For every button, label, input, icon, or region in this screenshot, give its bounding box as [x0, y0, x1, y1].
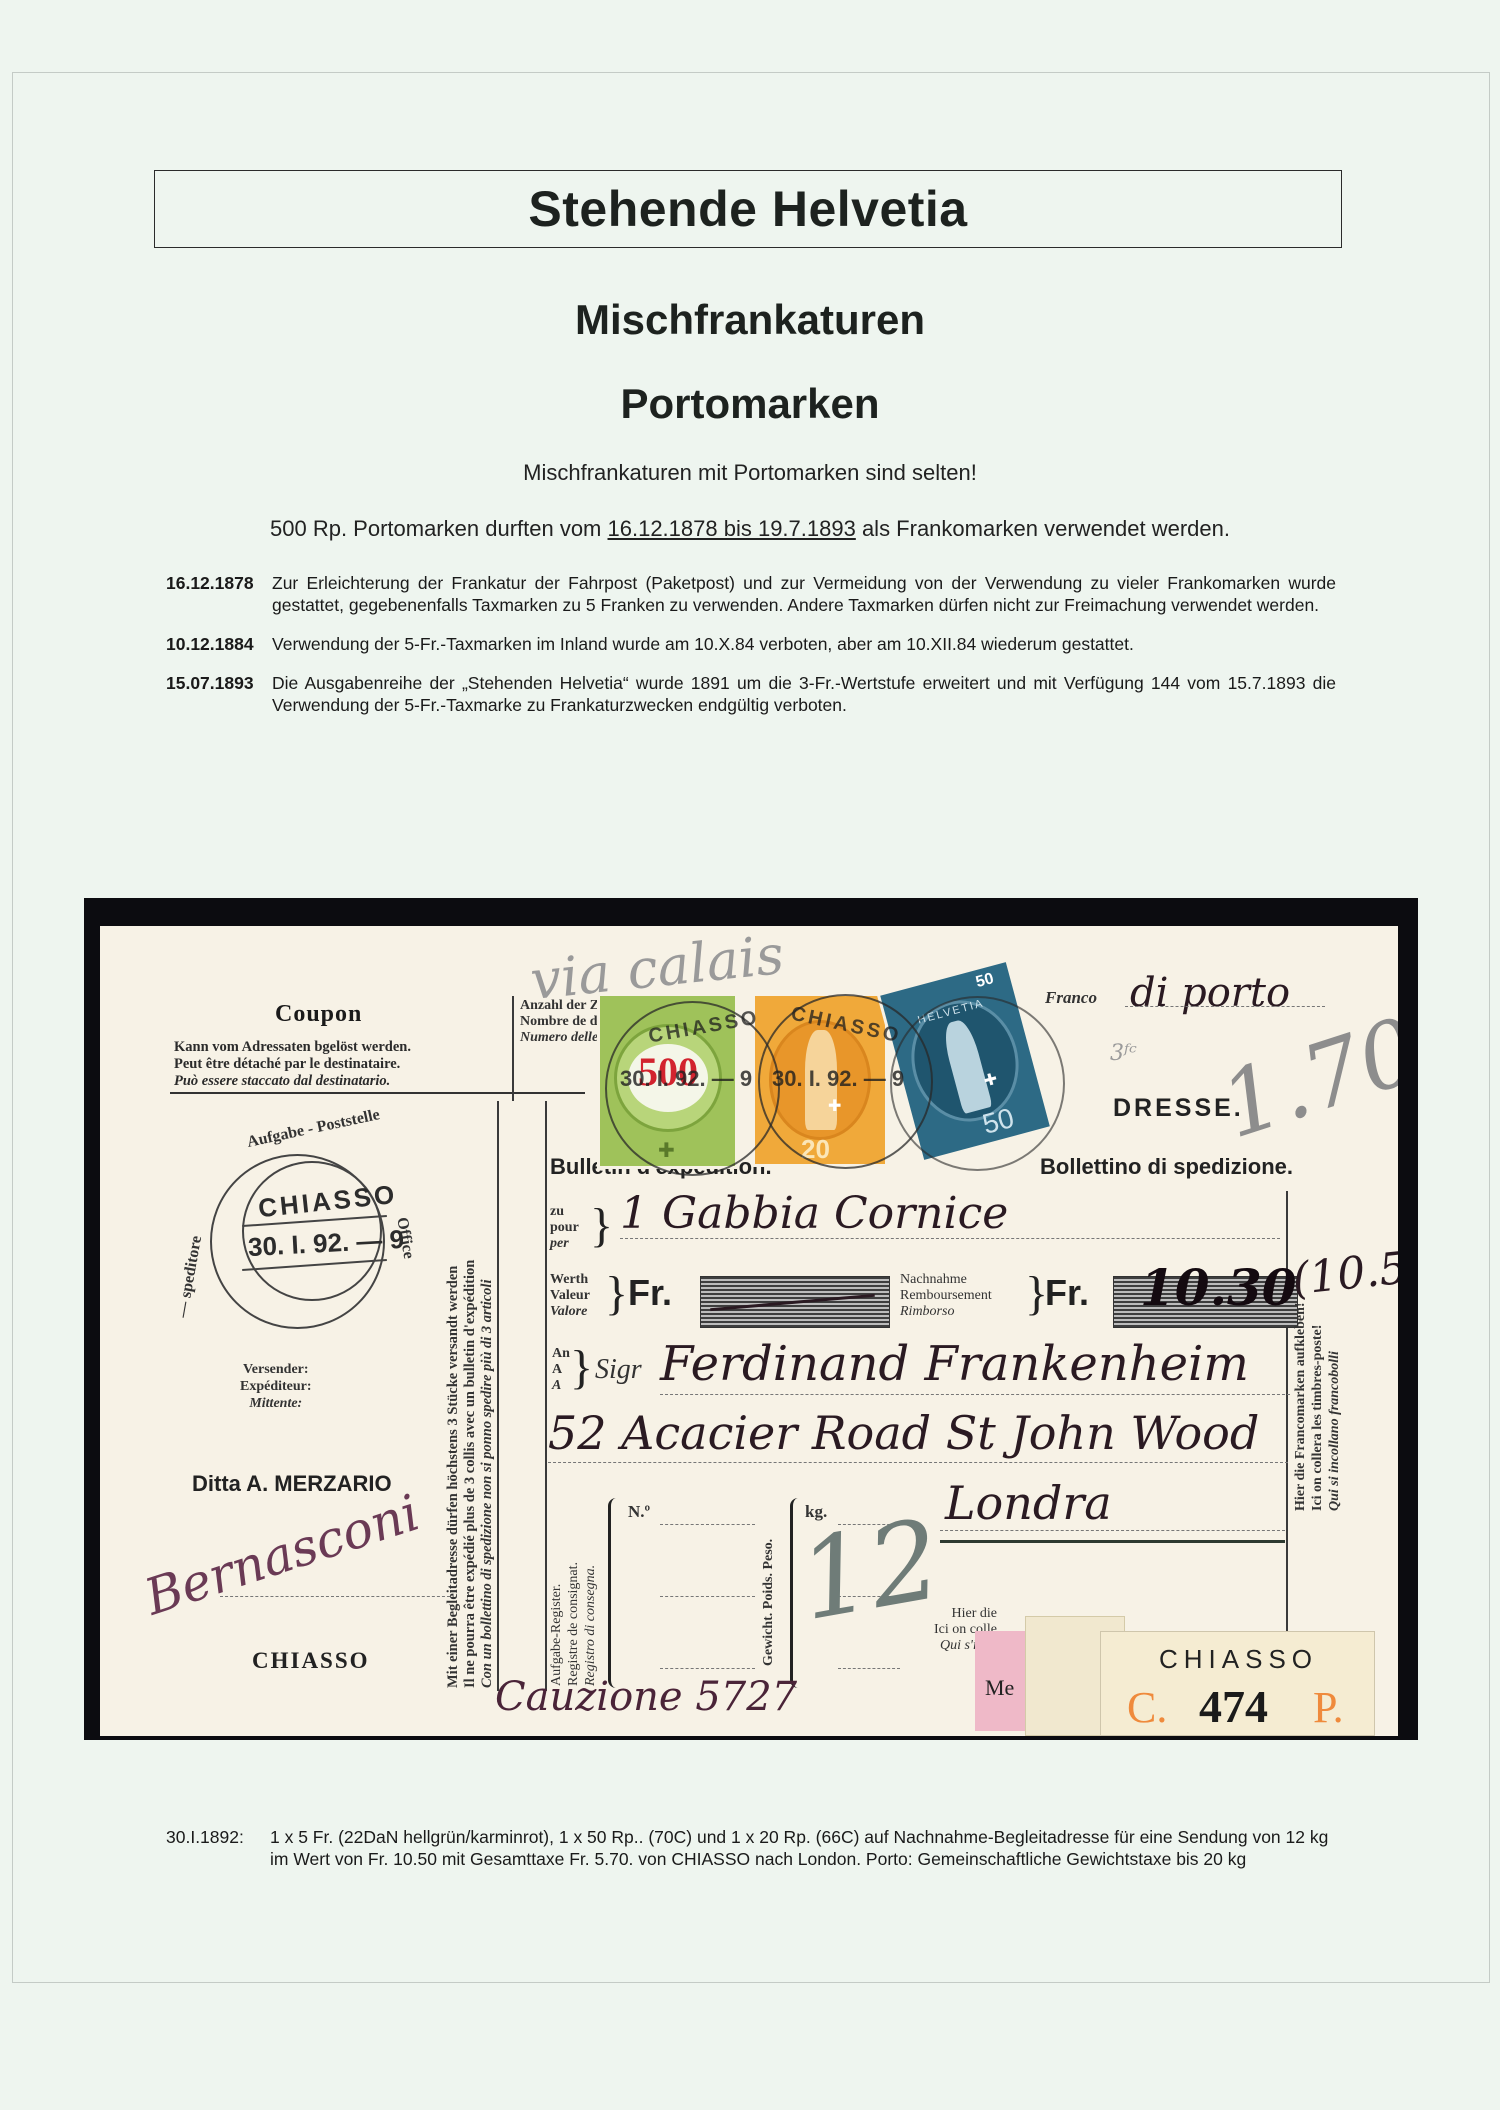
coupon-instructions: Kann vom Adressaten bgelöst werden. Peut…: [174, 1039, 411, 1090]
kg-line: [838, 1668, 900, 1669]
street-line: [548, 1462, 1288, 1463]
registration-label: CHIASSO C. 474 P.: [1100, 1631, 1375, 1736]
label-zu: zu: [550, 1204, 579, 1220]
document-mount: via calais Coupon Kann vom Adressaten bg…: [84, 898, 1418, 1740]
label-a-it: A: [552, 1378, 570, 1394]
register-label-it: Registro di consegna.: [582, 1562, 599, 1686]
brace-icon: }: [605, 1266, 628, 1321]
caption-text: 1 x 5 Fr. (22DaN hellgrün/karminrot), 1 …: [270, 1826, 1346, 1870]
notice-line-fr: Il ne pourra être expédié plus de 3 coll…: [462, 1260, 479, 1688]
reg-label-town: CHIASSO: [1101, 1644, 1376, 1675]
right-notice-it: Qui si incollano francobolli: [1326, 1302, 1343, 1511]
vertical-notice: Mit einer Begleitadresse dürfen höchsten…: [445, 1260, 496, 1688]
register-label-fr: Registre de consignat.: [565, 1562, 582, 1686]
note-date: 16.12.1878: [166, 572, 272, 616]
fr-label-value: Fr.: [628, 1272, 672, 1314]
lead-text-post: als Frankomarken verwendet werden.: [856, 516, 1230, 541]
value-labels: Werth Valeur Valore: [550, 1272, 590, 1320]
pencil-note: 3ᶠᶜ: [1110, 1041, 1137, 1066]
note-text: Die Ausgabenreihe der „Stehenden Helveti…: [272, 672, 1336, 716]
reg-label-number: 474: [1199, 1680, 1268, 1733]
divider-line: [512, 996, 514, 1101]
recipient-city: Londra: [945, 1476, 1112, 1530]
heading-it: Bollettino di spedizione.: [1040, 1154, 1293, 1180]
reg-label-suffix: P.: [1313, 1682, 1344, 1733]
sender-town: CHIASSO: [252, 1648, 370, 1674]
pink-label-text: Me: [985, 1675, 1014, 1701]
coupon-divider: [170, 1092, 585, 1094]
notice-line-it: Con un bollettino di spedizione non si p…: [479, 1260, 496, 1688]
sender-label-de: Versender:: [240, 1361, 312, 1378]
note-item: 15.07.1893 Die Ausgabenreihe der „Stehen…: [166, 672, 1336, 716]
sender-signature: Bernasconi: [138, 1484, 426, 1627]
coupon-line-de: Kann vom Adressaten bgelöst werden.: [174, 1039, 411, 1056]
right-vertical-notice: Hier die Francomarken aufkleben! Ici on …: [1292, 1302, 1343, 1511]
right-notice-de: Hier die Francomarken aufkleben!: [1292, 1302, 1309, 1511]
note-text: Zur Erleichterung der Frankatur der Fahr…: [272, 572, 1336, 616]
franco-line: [1125, 1006, 1325, 1007]
parcel-dispatch-form: via calais Coupon Kann vom Adressaten bg…: [100, 926, 1398, 1736]
content-description: 1 Gabbia Cornice: [620, 1188, 1008, 1239]
coupon-line-it: Può essere staccato dal destinatario.: [174, 1073, 411, 1090]
caption: 30.I.1892: 1 x 5 Fr. (22DaN hellgrün/kar…: [166, 1826, 1346, 1870]
pencil-amount: 1.70: [1209, 998, 1398, 1160]
signature-line: [220, 1596, 450, 1597]
lead-rarity: Mischfrankaturen mit Portomarken sind se…: [0, 460, 1500, 486]
right-notice-fr: Ici on collera les timbres-poste!: [1309, 1302, 1326, 1511]
label-remboursement: Remboursement: [900, 1288, 992, 1304]
city-underline: [940, 1540, 1285, 1543]
label-per: per: [550, 1236, 579, 1252]
label-pour: pour: [550, 1220, 579, 1236]
label-a-fr: A: [552, 1362, 570, 1378]
lead-usage-period: 500 Rp. Portomarken durften vom 16.12.18…: [0, 516, 1500, 542]
cod-amount-corrected: (10.50): [1290, 1238, 1398, 1305]
brace-icon: }: [570, 1340, 593, 1395]
page-title: Stehende Helvetia: [528, 180, 967, 238]
content-line: [620, 1238, 1280, 1239]
postmark-arc-left: — speditore: [174, 1234, 206, 1319]
subtitle-portomarken: Portomarken: [0, 380, 1500, 428]
cancel-date: 30. I. 92. — 9: [772, 1066, 904, 1092]
fr-label-cod: Fr.: [1045, 1272, 1089, 1314]
content-labels: zu pour per: [550, 1204, 579, 1252]
note-item: 16.12.1878 Zur Erleichterung der Frankat…: [166, 572, 1336, 616]
label-nachnahme: Nachnahme: [900, 1272, 992, 1288]
cancel-date: 30. I. 92. — 9: [620, 1066, 752, 1092]
franco-value: di porto: [1130, 970, 1290, 1016]
label-werth: Werth: [550, 1272, 590, 1288]
label-rimborso: Rimborso: [900, 1304, 992, 1320]
note-item: 10.12.1884 Verwendung der 5-Fr.-Taxmarke…: [166, 633, 1336, 655]
register-label-de: Aufgabe-Register.: [548, 1562, 565, 1686]
no-line: [660, 1524, 755, 1525]
note-date: 10.12.1884: [166, 633, 272, 655]
cauzione-note: Cauzione 5727: [495, 1674, 797, 1720]
notice-line-de: Mit einer Begleitadresse dürfen höchsten…: [445, 1260, 462, 1688]
cod-labels: Nachnahme Remboursement Rimborso: [900, 1272, 992, 1320]
no-line: [660, 1596, 755, 1597]
brace-icon: [608, 1498, 616, 1688]
recipient-line: [660, 1394, 1290, 1395]
recipient-name: Ferdinand Frankenheim: [660, 1336, 1249, 1392]
page-title-box: Stehende Helvetia: [154, 170, 1342, 248]
coupon-title: Coupon: [275, 1001, 362, 1028]
note-date: 15.07.1893: [166, 672, 272, 716]
weight-labels: Gewicht. Poids. Peso.: [760, 1539, 777, 1666]
sender-postmark: Aufgabe - Poststelle — speditore Office …: [180, 1116, 430, 1366]
divider-line: [497, 1101, 499, 1691]
caption-date: 30.I.1892:: [166, 1826, 270, 1870]
sender-labels: Versender: Expéditeur: Mittente:: [240, 1361, 312, 1412]
franco-label: Franco: [1045, 988, 1097, 1008]
sender-label-it: Mittente:: [240, 1395, 312, 1412]
reg-label-prefix: C.: [1127, 1682, 1167, 1733]
brace-icon: }: [590, 1198, 613, 1253]
label-valeur: Valeur: [550, 1288, 590, 1304]
label-an: An: [552, 1346, 570, 1362]
divider-line: [545, 1101, 547, 1691]
postmark-arc-top: Aufgabe - Poststelle: [246, 1106, 382, 1152]
instruction-de: Hier die: [915, 1606, 997, 1622]
coupon-line-fr: Peut être détaché par le destinataire.: [174, 1056, 411, 1073]
history-notes: 16.12.1878 Zur Erleichterung der Frankat…: [166, 572, 1336, 733]
label-valore: Valore: [550, 1304, 590, 1320]
recipient-labels: An A A: [552, 1346, 570, 1394]
recipient-street: 52 Acacier Road St John Wood: [548, 1406, 1259, 1460]
sender-label-fr: Expéditeur:: [240, 1378, 312, 1395]
city-line: [940, 1530, 1285, 1531]
heading-de: DRESSE.: [1113, 1094, 1244, 1123]
lead-text-pre: 500 Rp. Portomarken durften vom: [270, 516, 608, 541]
no-label: N.º: [628, 1504, 650, 1520]
note-text: Verwendung der 5-Fr.-Taxmarken im Inland…: [272, 633, 1336, 655]
no-line: [660, 1668, 755, 1669]
register-labels: Aufgabe-Register. Registre de consignat.…: [548, 1562, 599, 1686]
subtitle-mischfrankaturen: Mischfrankaturen: [0, 296, 1500, 344]
cancel-circle: [890, 996, 1065, 1171]
sig-label: Sigr: [595, 1354, 642, 1386]
cod-amount: 10.30: [1140, 1258, 1297, 1317]
lead-date-range: 16.12.1878 bis 19.7.1893: [608, 516, 856, 541]
sender-name: Ditta A. MERZARIO: [192, 1471, 392, 1497]
stamp-corner-value: 50: [974, 970, 996, 992]
